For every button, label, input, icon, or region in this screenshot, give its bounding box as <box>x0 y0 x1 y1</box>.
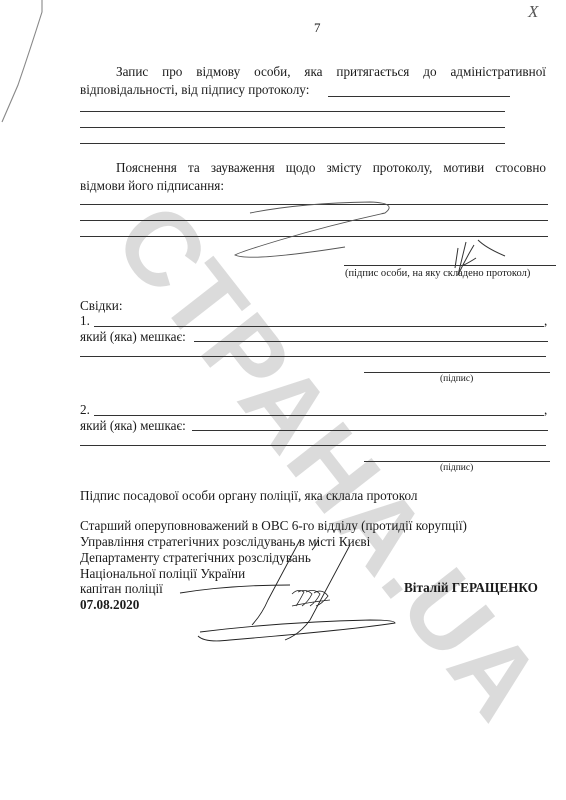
word: стосовно <box>495 160 546 175</box>
refusal-paragraph-line1: Запис про відмову особи, яка притягаєтьс… <box>80 64 546 79</box>
word: адміністративної <box>450 64 546 79</box>
officer-position-line: Національної поліції України <box>80 566 245 581</box>
word: протоколу, <box>373 160 433 175</box>
witness-1-number: 1. <box>80 313 90 328</box>
witness-1-resides-label: який (яка) мешкає: <box>80 329 186 344</box>
word: мотиви <box>443 160 484 175</box>
officer-rank: капітан поліції <box>80 581 163 596</box>
strike-through-mark <box>0 0 566 800</box>
witness-2-name-field[interactable] <box>94 415 544 416</box>
witness-2-signature-line[interactable] <box>364 461 550 462</box>
officer-position-line: Управління стратегічних розслідувань в м… <box>80 534 370 549</box>
officer-signature <box>0 0 566 800</box>
refusal-field-line[interactable] <box>80 111 505 112</box>
witness-1-address-field[interactable] <box>80 356 546 357</box>
word: притягається <box>336 64 409 79</box>
refusal-field-line[interactable] <box>80 143 505 144</box>
word: особи, <box>254 64 290 79</box>
page-number: 7 <box>314 20 321 36</box>
officer-position-line: Департаменту стратегічних розслідувань <box>80 550 311 565</box>
word: Запис <box>116 64 148 79</box>
margin-pen-stroke <box>0 0 566 800</box>
protocol-date: 07.08.2020 <box>80 597 139 612</box>
witnesses-heading: Свідки: <box>80 298 123 313</box>
explanations-paragraph-line2: відмови його підписання: <box>80 178 224 193</box>
word: до <box>423 64 436 79</box>
witness-2-signature-caption: (підпис) <box>440 463 473 473</box>
word: щодо <box>286 160 316 175</box>
witness-2-comma: , <box>544 402 547 417</box>
word: змісту <box>327 160 362 175</box>
watermark: СТРАНА.UA <box>91 182 530 697</box>
witness-1-comma: , <box>544 313 547 328</box>
refusal-field-line[interactable] <box>328 96 510 97</box>
word: зауваження <box>211 160 275 175</box>
refusal-paragraph-line2: відповідальності, від підпису протоколу: <box>80 82 309 97</box>
witness-2-address-field[interactable] <box>80 445 546 446</box>
refusal-field-line[interactable] <box>80 127 505 128</box>
person-signature-caption: (підпис особи, на яку складено протокол) <box>345 268 530 279</box>
witness-2-resides-label: який (яка) мешкає: <box>80 418 186 433</box>
officer-position-line: Старший оперуповноважений в ОВС 6-го від… <box>80 518 467 533</box>
witness-1-name-field[interactable] <box>94 326 544 327</box>
word: та <box>188 160 200 175</box>
explanations-field-line[interactable] <box>80 204 548 205</box>
explanations-field-line[interactable] <box>80 220 548 221</box>
explanations-paragraph-line1: Пояснення та зауваження щодо змісту прот… <box>80 160 546 175</box>
witness-1-signature-line[interactable] <box>364 372 550 373</box>
witness-2-address-field[interactable] <box>192 430 548 431</box>
corner-handwritten-mark: Х <box>528 2 538 22</box>
witness-1-address-field[interactable] <box>194 341 548 342</box>
explanations-field-line[interactable] <box>80 236 548 237</box>
witness-1-signature-caption: (підпис) <box>440 374 473 384</box>
word: Пояснення <box>116 160 177 175</box>
word: про <box>162 64 182 79</box>
word: яка <box>304 64 322 79</box>
word: відмову <box>196 64 240 79</box>
officer-name: Віталій ГЕРАЩЕНКО <box>404 580 538 595</box>
witness-2-number: 2. <box>80 402 90 417</box>
person-signature-line[interactable] <box>344 265 556 266</box>
officer-signature-heading: Підпис посадової особи органу поліції, я… <box>80 488 418 503</box>
